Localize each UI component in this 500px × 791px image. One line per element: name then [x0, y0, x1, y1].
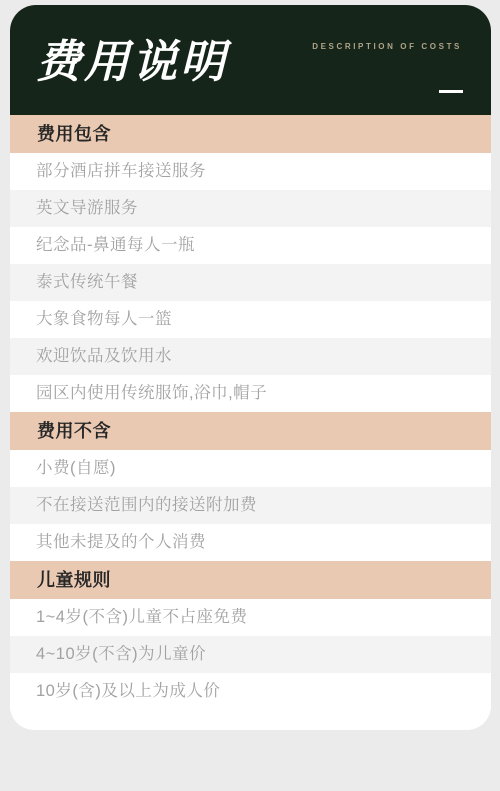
list-item: 欢迎饮品及饮用水 — [10, 338, 491, 375]
section-costs-excluded: 费用不含 小费(自愿) 不在接送范围内的接送附加费 其他未提及的个人消费 — [10, 412, 491, 561]
list-item: 1~4岁(不含)儿童不占座免费 — [10, 599, 491, 636]
list-item: 10岁(含)及以上为成人价 — [10, 673, 491, 710]
list-item: 纪念品-鼻通每人一瓶 — [10, 227, 491, 264]
list-item: 大象食物每人一篮 — [10, 301, 491, 338]
list-item: 小费(自愿) — [10, 450, 491, 487]
costs-card: 费用说明 DESCRIPTION OF COSTS 费用包含 部分酒店拼车接送服… — [10, 5, 491, 730]
list-item: 部分酒店拼车接送服务 — [10, 153, 491, 190]
section-title: 费用包含 — [10, 115, 491, 153]
list-item: 4~10岁(不含)为儿童价 — [10, 636, 491, 673]
section-title: 费用不含 — [10, 412, 491, 450]
section-child-rules: 儿童规则 1~4岁(不含)儿童不占座免费 4~10岁(不含)为儿童价 10岁(含… — [10, 561, 491, 710]
page-title: 费用说明 — [36, 39, 228, 84]
list-item: 泰式传统午餐 — [10, 264, 491, 301]
page-background: 费用说明 DESCRIPTION OF COSTS 费用包含 部分酒店拼车接送服… — [0, 0, 500, 791]
list-item: 园区内使用传统服饰,浴巾,帽子 — [10, 375, 491, 412]
section-costs-included: 费用包含 部分酒店拼车接送服务 英文导游服务 纪念品-鼻通每人一瓶 泰式传统午餐… — [10, 115, 491, 412]
list-item: 不在接送范围内的接送附加费 — [10, 487, 491, 524]
dash-icon — [439, 90, 463, 93]
section-title: 儿童规则 — [10, 561, 491, 599]
list-item: 其他未提及的个人消费 — [10, 524, 491, 561]
page-subtitle: DESCRIPTION OF COSTS — [312, 43, 462, 51]
list-item: 英文导游服务 — [10, 190, 491, 227]
card-header: 费用说明 DESCRIPTION OF COSTS — [10, 5, 491, 115]
